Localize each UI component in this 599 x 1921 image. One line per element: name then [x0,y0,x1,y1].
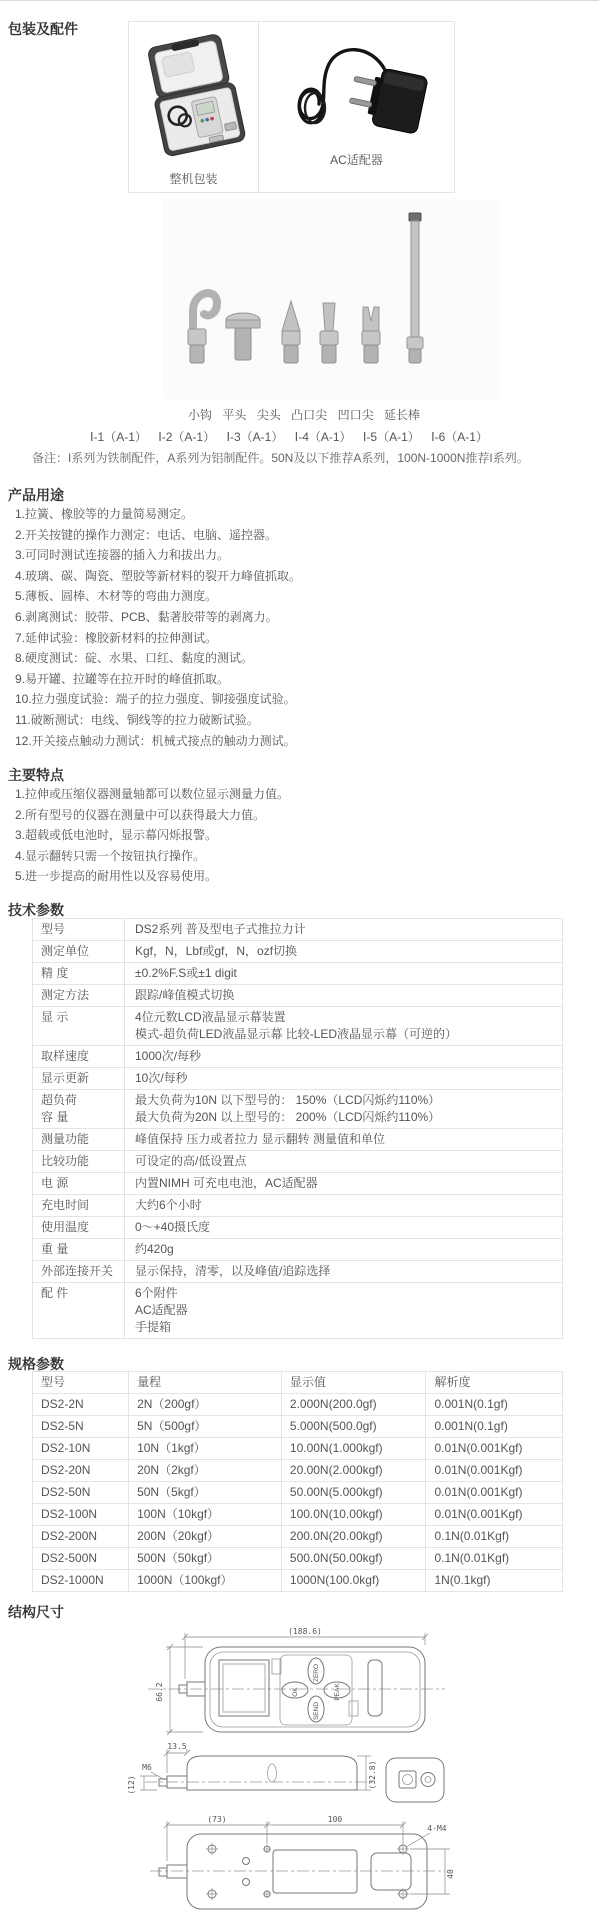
packaging-cell-adapter: AC适配器 [259,22,454,192]
list-item: 4.玻璃、碳、陶瓷、塑胶等新材料的裂开力峰值抓取。 [15,566,301,587]
dim-hole-spacing: 100 [328,1815,343,1824]
list-item: 6.剥离测试：胶带、PCB、黏著胶带等的剥离力。 [15,607,301,628]
attachment-name: 凸口尖 [291,406,327,423]
param-label: 型号 [33,919,125,940]
param-value: 6个附件AC适配器手提箱 [125,1283,562,1338]
table-row: 显示更新10次/每秒 [33,1067,562,1089]
param-value: 约420g [125,1239,562,1260]
features-list: 1.拉伸或压缩仪器测量轴都可以数位显示测量力值。 2.所有型号的仪器在测量中可以… [15,784,289,887]
table-row: 测量功能峰值保持 压力或者拉力 显示翻转 测量值和单位 [33,1128,562,1150]
dim-screws: 4-M4 [427,1824,446,1833]
attachment-name: 尖头 [257,406,281,423]
section-heading-tech-params: 技术参数 [8,900,64,920]
param-value: 最大负荷为10N 以下型号的： 150%（LCD闪烁约110%）最大负荷为20N… [125,1090,562,1128]
table-row: DS2-20N20N（2kgf）20.00N(2.000kgf)0.01N(0.… [33,1460,563,1482]
attachments-illustration [163,199,500,399]
param-value: 1000次/每秒 [125,1046,562,1067]
param-label: 超负荷容 量 [33,1090,125,1128]
attachment-name: 平头 [222,406,246,423]
column-header: 显示值 [281,1372,426,1394]
param-label: 测定方法 [33,985,125,1006]
dim-hole-vertical: 40 [446,1869,455,1879]
attachments-photo [163,199,500,399]
carry-case-photo [131,26,257,171]
dimension-drawing: ZERO SEND OK PEAK (188.6) 66.2 13.5 M6 [0,1621,599,1921]
param-label: 比较功能 [33,1151,125,1172]
list-item: 9.易开罐、拉罐等在拉开时的峰值抓取。 [15,669,301,690]
accessories-note: 备注：I系列为铁制配件，A系列为铝制配件。50N及以下推荐A系列，100N-10… [32,449,529,466]
attachment-codes-row: Ⅰ-1（A-1） Ⅰ-2（A-1） Ⅰ-3（A-1） Ⅰ-4（A-1） Ⅰ-5（… [90,428,488,445]
param-value: 4位元数LCD液晶显示幕装置模式-超负荷LED液晶显示幕 比较-LED液晶显示幕… [125,1007,562,1045]
param-label: 精 度 [33,963,125,984]
table-row: DS2-1000N1000N（100kgf）1000N(100.0kgf)1N(… [33,1570,563,1592]
attachment-names-row: 小钩 平头 尖头 凸口尖 凹口尖 延长棒 [188,406,420,423]
attachment-code: Ⅰ-1（A-1） [90,428,147,445]
zero-button-label: ZERO [313,1664,320,1682]
ac-adapter-photo [267,28,447,153]
table-row: 显 示4位元数LCD液晶显示幕装置模式-超负荷LED液晶显示幕 比较-LED液晶… [33,1006,562,1045]
table-row: 取样速度1000次/每秒 [33,1045,562,1067]
battery-cover [273,1850,357,1893]
column-header: 解析度 [426,1372,563,1394]
product-detail-page: 包装及配件 [0,0,599,1921]
attachment-code: Ⅰ-5（A-1） [363,428,420,445]
gauge-body-back [187,1834,427,1909]
send-button-label: SEND [313,1702,320,1720]
param-label: 重 量 [33,1239,125,1260]
uses-list: 1.拉簧、橡胶等的力量简易测定。 2.开关按键的操作力测定：电话、电脑、遥控器。… [15,504,301,751]
dim-overall-length: (188.6) [288,1627,322,1636]
param-label: 显示更新 [33,1068,125,1089]
case-caption: 整机包装 [129,170,258,187]
packaging-cell-case: 整机包装 [129,22,259,192]
table-row: DS2-50N50N（5kgf）50.00N(5.000kgf)0.01N(0.… [33,1482,563,1504]
attachment-code: Ⅰ-2（A-1） [158,428,215,445]
list-item: 1.拉伸或压缩仪器测量轴都可以数位显示测量力值。 [15,784,289,805]
param-label: 配 件 [33,1283,125,1338]
table-row: 超负荷容 量最大负荷为10N 以下型号的： 150%（LCD闪烁约110%）最大… [33,1089,562,1128]
param-label: 测定单位 [33,941,125,962]
table-row: DS2-200N200N（20kgf）200.0N(20.00kgf)0.1N(… [33,1526,563,1548]
attachment-name: 小钩 [188,406,212,423]
table-row: 测定单位Kgf，N，Lbf或gf，N，ozf切换 [33,940,562,962]
list-item: 5.薄板、圆棒、木材等的弯曲力测度。 [15,586,301,607]
table-row: DS2-2N2N（200gf）2.000N(200.0gf)0.001N(0.1… [33,1394,563,1416]
connector-port [399,1771,416,1788]
section-heading-packaging: 包装及配件 [8,19,78,39]
adapter-caption: AC适配器 [259,151,454,168]
concave-tip-attachment [362,307,380,363]
param-value: 可设定的高/低设置点 [125,1151,562,1172]
param-value: 大约6个小时 [125,1195,562,1216]
list-item: 10.拉力强度试验：端子的拉力强度、铆接强度试验。 [15,689,301,710]
packaging-figure-box: 整机包装 AC适配器 [128,21,455,193]
list-item: 4.显示翻转只需一个按钮执行操作。 [15,846,289,867]
mounting-holes [206,1843,409,1900]
param-label: 外部连接开关 [33,1261,125,1282]
param-value: 跟踪/峰值模式切换 [125,985,562,1006]
list-item: 11.破断测试：电线、铜线等的拉力破断试验。 [15,710,301,731]
hook-attachment [193,293,217,327]
attachment-name: 凹口尖 [338,406,374,423]
param-value: 10次/每秒 [125,1068,562,1089]
gauge-body-side [187,1756,357,1790]
extension-rod-attachment [407,213,423,363]
param-label: 取样速度 [33,1046,125,1067]
param-value: 内置NIMH 可充电电池，AC适配器 [125,1173,562,1194]
attachment-name: 延长棒 [384,406,420,423]
dim-shaft-height: (12) [127,1775,136,1794]
table-row: 电 源内置NIMH 可充电电池，AC适配器 [33,1172,562,1194]
param-value: DS2系列 普及型电子式推拉力计 [125,919,562,940]
list-item: 7.延伸试验：橡胶新材料的拉伸测试。 [15,628,301,649]
dim-body-thickness: (32.8) [368,1761,377,1790]
cone-point-attachment [282,301,300,363]
table-row: 外部连接开关显示保持，清零，以及峰值/追踪选择 [33,1260,562,1282]
attachment-code: Ⅰ-3（A-1） [226,428,283,445]
table-row: 充电时间大约6个小时 [33,1194,562,1216]
list-item: 3.超载或低电池时，显示幕闪烁报警。 [15,825,289,846]
section-heading-uses: 产品用途 [8,485,64,505]
list-item: 1.拉簧、橡胶等的力量简易测定。 [15,504,301,525]
param-value: 峰值保持 压力或者拉力 显示翻转 测量值和单位 [125,1129,562,1150]
tech-params-table: 型号DS2系列 普及型电子式推拉力计 测定单位Kgf，N，Lbf或gf，N，oz… [32,918,563,1339]
section-heading-features: 主要特点 [8,765,64,785]
column-header: 型号 [33,1372,129,1394]
dim-overall-height: 66.2 [155,1682,164,1701]
param-value: 显示保持，清零，以及峰值/追踪选择 [125,1261,562,1282]
table-row: 精 度±0.2%F.S或±1 digit [33,962,562,984]
table-row: 测定方法跟踪/峰值模式切换 [33,984,562,1006]
back-panel [371,1853,411,1890]
adapter-jack [421,1773,435,1787]
param-label: 测量功能 [33,1129,125,1150]
param-value: ±0.2%F.S或±1 digit [125,963,562,984]
param-label: 显 示 [33,1007,125,1045]
grip-panel [368,1660,382,1716]
attachment-code: Ⅰ-4（A-1） [295,428,352,445]
list-item: 8.硬度测试：碇、水果、口红、黏度的测试。 [15,648,301,669]
table-row: DS2-10N10N（1kgf）10.00N(1.000kgf)0.01N(0.… [33,1438,563,1460]
table-row: 型号DS2系列 普及型电子式推拉力计 [33,919,562,940]
param-label: 使用温度 [33,1217,125,1238]
lcd-display [219,1660,269,1716]
table-row: DS2-500N500N（50kgf）500.0N(50.00kgf)0.1N(… [33,1548,563,1570]
attachment-code: Ⅰ-6（A-1） [431,428,488,445]
ok-button-label: OK [292,1687,299,1697]
dim-hole-offset: (73) [207,1815,226,1824]
list-item: 12.开关接点触动力测试：机械式接点的触动力测试。 [15,731,301,752]
table-row: 比较功能可设定的高/低设置点 [33,1150,562,1172]
list-item: 3.可同时测试连接器的插入力和拔出力。 [15,545,301,566]
peak-button-label: PEAK [334,1683,341,1701]
section-heading-dimensions: 结构尺寸 [8,1602,64,1622]
param-value: Kgf，N，Lbf或gf，N，ozf切换 [125,941,562,962]
list-item: 2.所有型号的仪器在测量中可以获得最大力值。 [15,805,289,826]
table-row: 重 量约420g [33,1238,562,1260]
list-item: 5.进一步提高的耐用性以及容易使用。 [15,866,289,887]
dim-thread: M6 [142,1763,152,1772]
table-row: 使用温度0～+40摄氏度 [33,1216,562,1238]
convex-tip-attachment [320,303,338,363]
table-row: DS2-100N100N（10kgf）100.0N(10.00kgf)0.01N… [33,1504,563,1526]
flat-head-attachment [226,313,260,360]
column-header: 量程 [129,1372,282,1394]
table-header-row: 型号 量程 显示值 解析度 [33,1372,563,1394]
table-row: DS2-5N5N（500gf）5.000N(500.0gf)0.001N(0.1… [33,1416,563,1438]
param-label: 充电时间 [33,1195,125,1216]
param-value: 0～+40摄氏度 [125,1217,562,1238]
param-label: 电 源 [33,1173,125,1194]
dim-shaft-offset: 13.5 [167,1742,186,1751]
spec-params-table: 型号 量程 显示值 解析度 DS2-2N2N（200gf）2.000N(200.… [32,1371,563,1592]
list-item: 2.开关按键的操作力测定：电话、电脑、遥控器。 [15,525,301,546]
table-row: 配 件6个附件AC适配器手提箱 [33,1282,562,1338]
